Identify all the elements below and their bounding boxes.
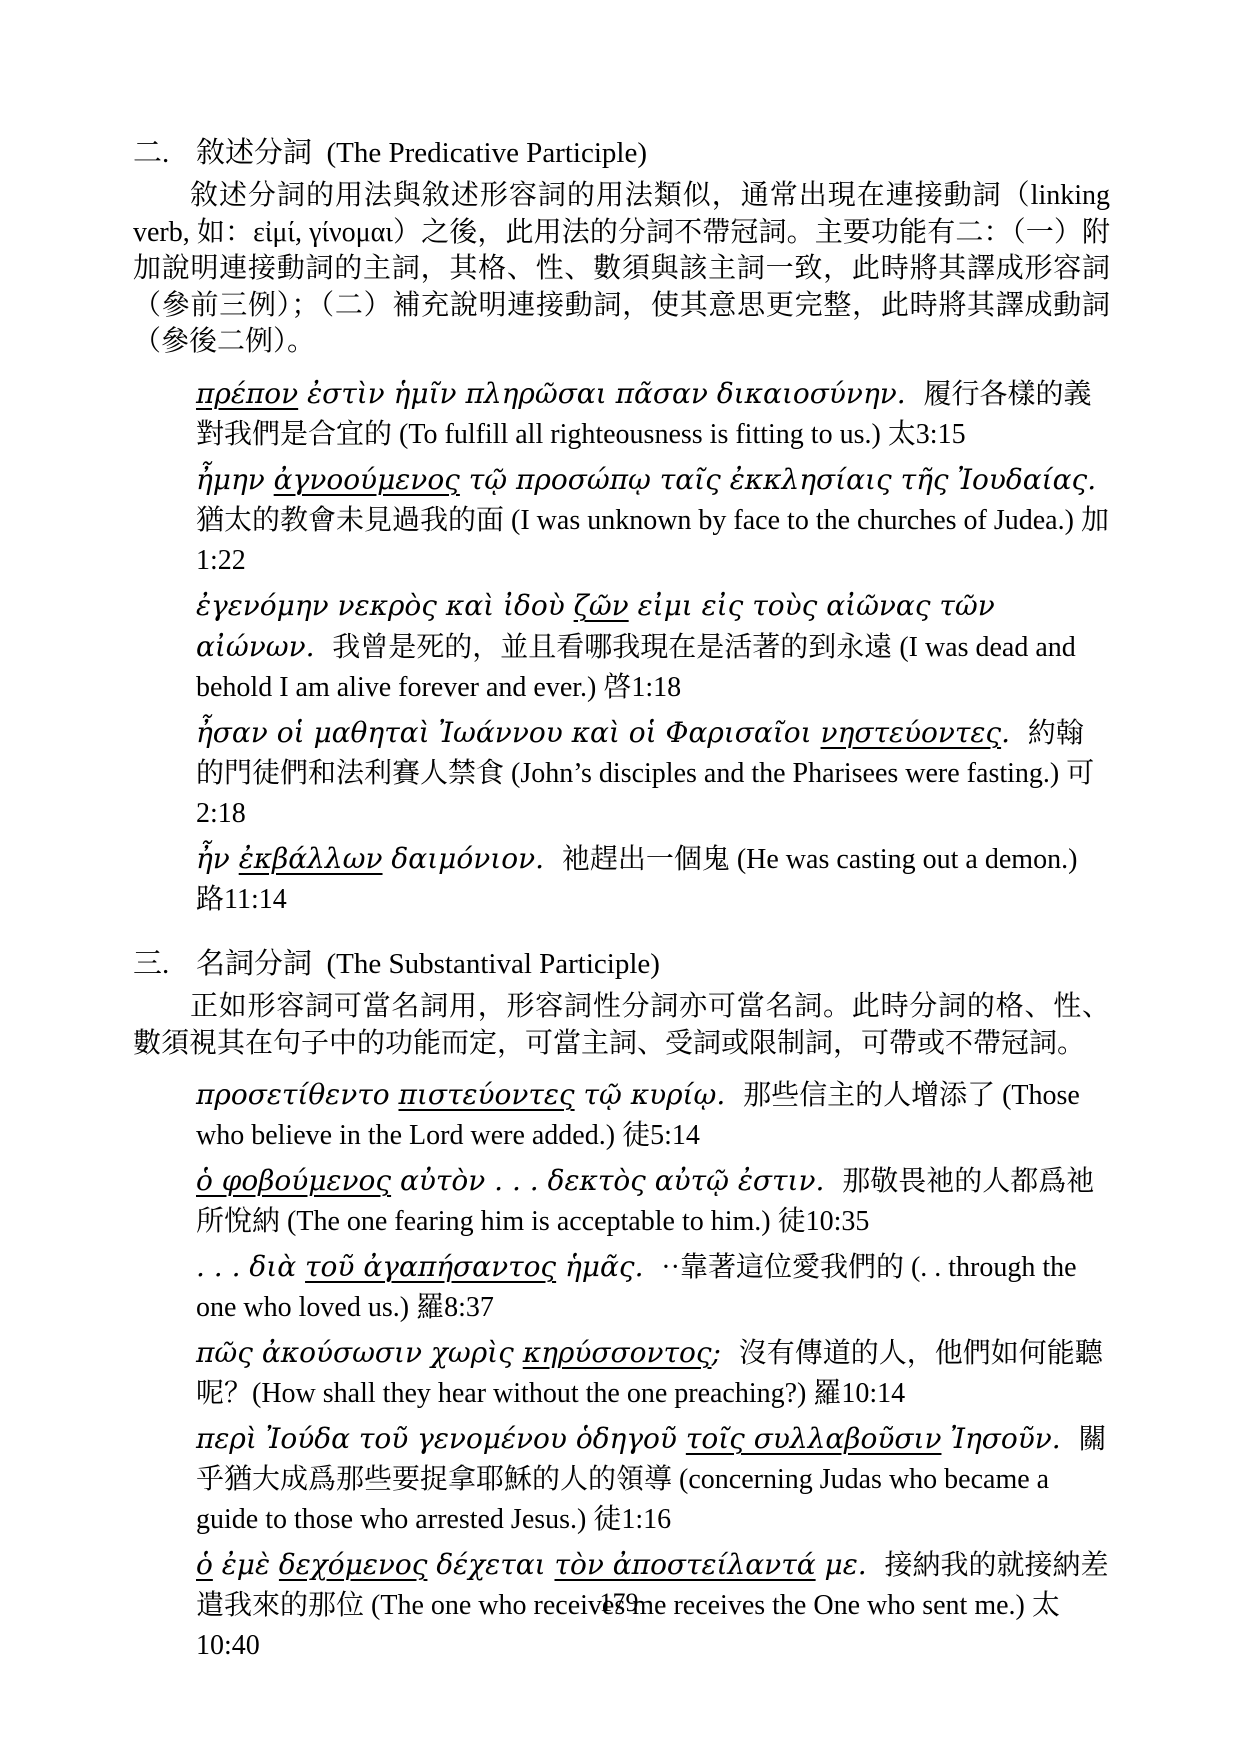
greek-text: ἐστὶν ἡμῖν πληρῶσαι πᾶσαν δικαιοσύνην.: [298, 377, 923, 410]
english-translation: (He was casting out a demon.): [737, 844, 1078, 875]
greek-text: πῶς ἀκούσωσιν χωρὶς: [196, 1336, 523, 1369]
chinese-translation: 猶太的教會未見過我的面: [196, 505, 511, 536]
greek-text: περὶ Ἰούδα τοῦ γενομένου ὁδηγοῦ: [196, 1422, 686, 1455]
greek-text: ἦσαν οἱ μαθηταὶ Ἰωάννου καὶ οἱ Φαρισαῖοι: [196, 716, 821, 749]
verse-reference: 徒5:14: [622, 1120, 700, 1151]
greek-text: . . . διὰ: [196, 1250, 305, 1283]
greek-participle-underlined: ἐκβάλλων: [239, 842, 383, 875]
greek-text: ἦμην: [196, 463, 274, 496]
chinese-translation: 我曾是死的，並且看哪我現在是活著的到永遠: [332, 632, 899, 663]
example-item: προσετίθεντο πιστεύοντες τῷ κυρίῳ. 那些信主的…: [196, 1075, 1110, 1156]
section-heading: 二.敘述分詞 (The Predicative Participle): [133, 133, 1110, 173]
greek-participle-underlined: ἀγνοούμενος: [274, 463, 460, 496]
greek-text: με.: [816, 1548, 885, 1581]
english-translation: (To fulfill all righteousness is fitting…: [399, 419, 888, 450]
english-translation: (John’s disciples and the Pharisees were…: [511, 758, 1066, 789]
greek-text: δαιμόνιον.: [383, 842, 562, 875]
greek-text: ἦν: [196, 842, 239, 875]
greek-text: τῷ προσώπῳ ταῖς ἐκκλησίαις τῆς Ἰουδαίας.: [460, 463, 1105, 496]
section-number: 二.: [133, 133, 196, 173]
english-translation: (The one fearing him is acceptable to hi…: [287, 1206, 778, 1237]
example-item: ὁ φοβούμενος αὐτὸν . . . δεκτὸς αὐτῷ ἐστ…: [196, 1161, 1110, 1242]
greek-text: ἐγενόμην νεκρὸς καὶ ἰδοὺ: [196, 589, 574, 622]
chinese-translation: ··靠著這位愛我們的: [661, 1252, 911, 1283]
example-item: περὶ Ἰούδα τοῦ γενομένου ὁδηγοῦ τοῖς συλ…: [196, 1419, 1110, 1540]
chinese-translation: 那些信主的人增添了: [743, 1080, 1002, 1111]
greek-participle-underlined: κηρύσσοντος: [523, 1336, 712, 1369]
section-title: 敘述分詞 (The Predicative Participle): [196, 133, 647, 173]
page-content: 二.敘述分詞 (The Predicative Participle) 敘述分詞…: [133, 133, 1110, 1671]
section-predicative-participle: 二.敘述分詞 (The Predicative Participle) 敘述分詞…: [133, 133, 1110, 920]
greek-participle-underlined: δεχόμενος: [279, 1548, 428, 1581]
english-translation: (I was unknown by face to the churches o…: [511, 505, 1081, 536]
greek-participle-underlined: τὸν ἀποστείλαντά: [554, 1548, 815, 1581]
section-heading: 三.名詞分詞 (The Substantival Participle): [133, 944, 1110, 984]
example-item: . . . διὰ τοῦ ἀγαπήσαντος ἡμᾶς. ··靠著這位愛我…: [196, 1247, 1110, 1328]
greek-participle-underlined: νηστεύοντες: [821, 716, 1002, 749]
greek-text: .: [1001, 716, 1028, 749]
page-number: 179: [0, 1588, 1238, 1618]
example-item: πῶς ἀκούσωσιν χωρὶς κηρύσσοντος; 沒有傳道的人，…: [196, 1333, 1110, 1414]
greek-participle-underlined: πιστεύοντες: [398, 1078, 574, 1111]
verse-reference: 羅8:37: [416, 1292, 494, 1323]
section-title: 名詞分詞 (The Substantival Participle): [196, 944, 660, 984]
example-item: ἦσαν οἱ μαθηταὶ Ἰωάννου καὶ οἱ Φαρισαῖοι…: [196, 713, 1110, 834]
section-paragraph: 敘述分詞的用法與敘述形容詞的用法類似，通常出現在連接動詞（linking ver…: [133, 178, 1110, 361]
example-item: ἦν ἐκβάλλων δαιμόνιον. 祂趕出一個鬼 (He was ca…: [196, 839, 1110, 920]
greek-participle-underlined: ὁ φοβούμενος: [196, 1164, 391, 1197]
section-paragraph: 正如形容詞可當名詞用，形容詞性分詞亦可當名詞。此時分詞的格、性、數須視其在句子中…: [133, 989, 1110, 1062]
greek-text: ἐμὲ: [213, 1548, 279, 1581]
greek-text: τῷ κυρίῳ.: [575, 1078, 743, 1111]
english-translation: (How shall they hear without the one pre…: [252, 1378, 813, 1409]
example-item: ἐγενόμην νεκρὸς καὶ ἰδοὺ ζῶν εἰμι εἰς το…: [196, 586, 1110, 708]
chinese-translation: 祂趕出一個鬼: [562, 844, 737, 875]
greek-text: δέχεται: [427, 1548, 554, 1581]
greek-participle-underlined: πρέπον: [196, 377, 298, 410]
verse-reference: 太3:15: [888, 419, 966, 450]
document-page: 二.敘述分詞 (The Predicative Participle) 敘述分詞…: [0, 0, 1238, 1750]
verse-reference: 羅10:14: [813, 1378, 905, 1409]
section-substantival-participle: 三.名詞分詞 (The Substantival Participle) 正如形…: [133, 944, 1110, 1666]
verse-reference: 徒1:16: [593, 1504, 671, 1535]
section-number: 三.: [133, 944, 196, 984]
greek-text: Ἰησοῦν.: [941, 1422, 1078, 1455]
greek-participle-underlined: τοῖς συλλαβοῦσιν: [686, 1422, 942, 1455]
examples-list: προσετίθεντο πιστεύοντες τῷ κυρίῳ. 那些信主的…: [196, 1075, 1110, 1666]
verse-reference: 徒10:35: [778, 1206, 870, 1237]
example-item: πρέπον ἐστὶν ἡμῖν πληρῶσαι πᾶσαν δικαιοσ…: [196, 374, 1110, 455]
greek-participle-underlined: τοῦ ἀγαπήσαντος: [305, 1250, 556, 1283]
verse-reference: 路11:14: [196, 884, 287, 915]
greek-text: ;: [712, 1336, 739, 1369]
example-item: ἦμην ἀγνοούμενος τῷ προσώπῳ ταῖς ἐκκλησί…: [196, 460, 1110, 581]
greek-text: αὐτὸν . . . δεκτὸς αὐτῷ ἐστιν.: [391, 1164, 842, 1197]
greek-participle-underlined: ὁ: [196, 1548, 213, 1581]
examples-list: πρέπον ἐστὶν ἡμῖν πληρῶσαι πᾶσαν δικαιοσ…: [196, 374, 1110, 920]
verse-reference: 啓1:18: [603, 672, 681, 703]
greek-participle-underlined: ζῶν: [574, 589, 629, 622]
greek-text: προσετίθεντο: [196, 1078, 398, 1111]
greek-text: ἡμᾶς.: [556, 1250, 661, 1283]
